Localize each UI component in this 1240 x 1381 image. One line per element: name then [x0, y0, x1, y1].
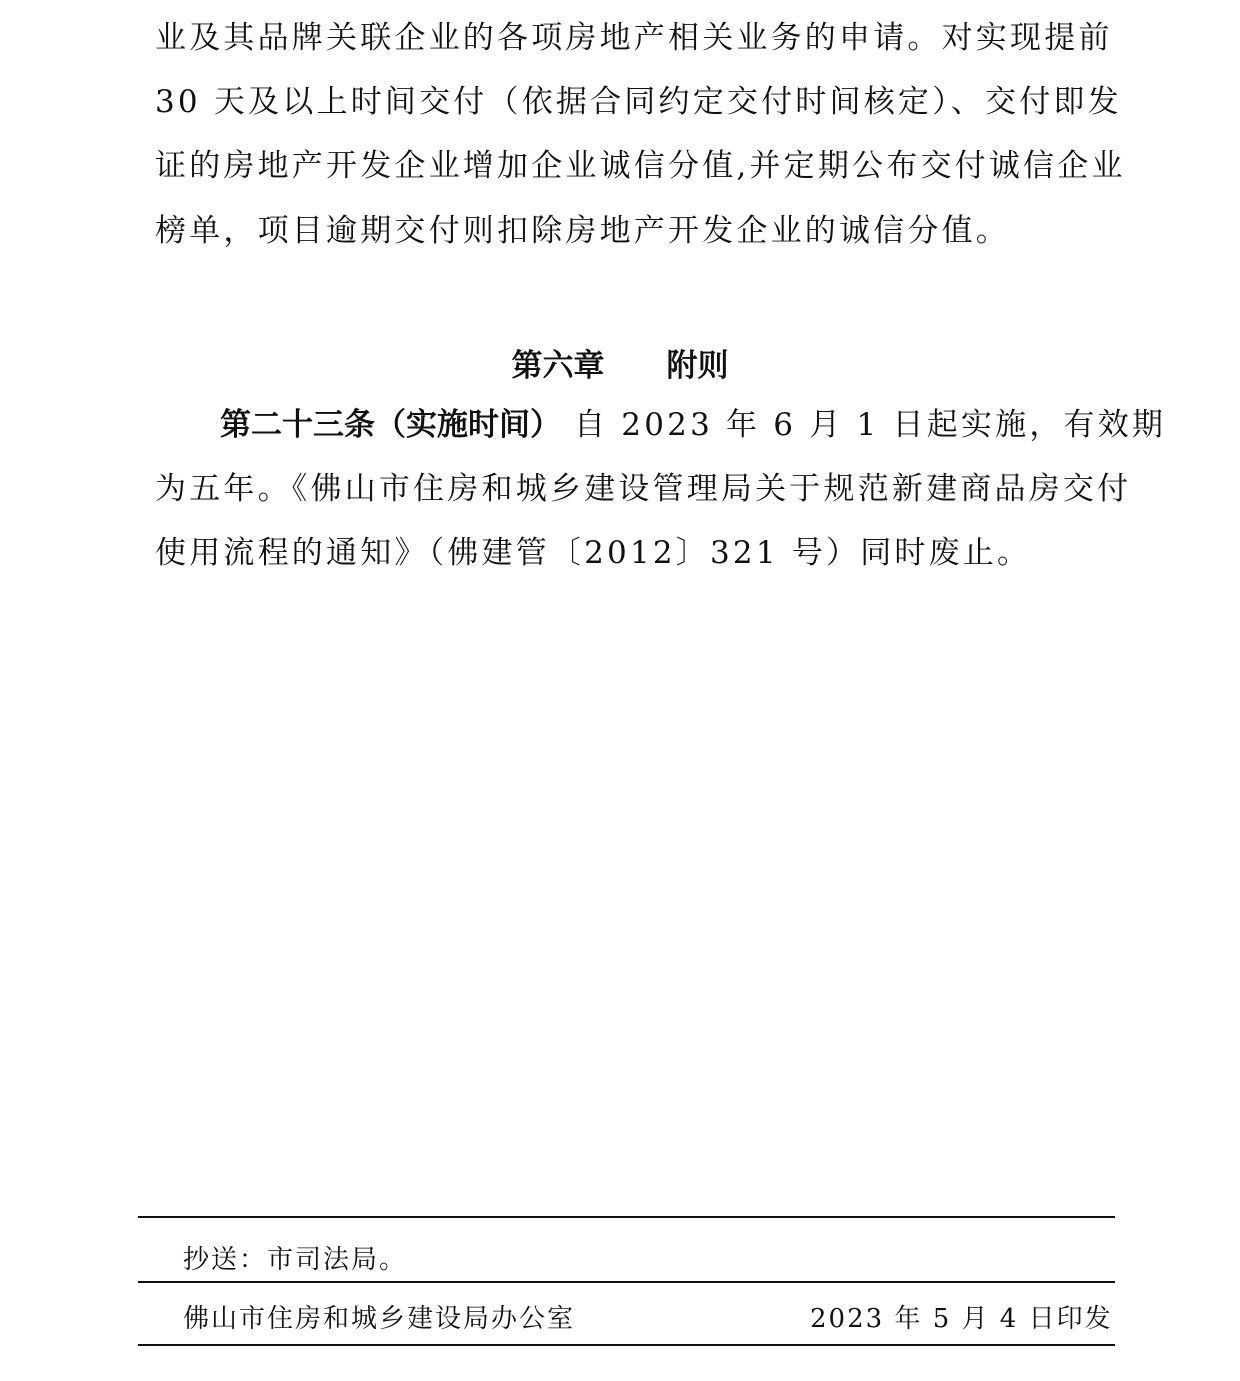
chapter-heading: 第六章附则 — [0, 340, 1240, 385]
footer-rule-top — [138, 1216, 1115, 1218]
chapter-title: 附则 — [667, 348, 729, 384]
paragraph-line: 为五年。《佛山市住房和城乡建设管理局关于规范新建商品房交付 — [155, 469, 1090, 509]
paragraph-line: 证的房地产开发企业增加企业诚信分值,并定期公布交付诚信企业 — [155, 146, 1090, 186]
paragraph-line: 业及其品牌关联企业的各项房地产相关业务的申请。对实现提前 — [155, 18, 1090, 58]
issuer-name: 佛山市住房和城乡建设局办公室 — [183, 1302, 575, 1336]
article-text: 自 2023 年 6 月 1 日起实施，有效期 — [561, 407, 1166, 443]
article-label: 第二十三条（实施时间） — [220, 407, 561, 443]
paragraph-line: 使用流程的通知》（佛建管〔2012〕321 号）同时废止。 — [155, 533, 1090, 573]
issue-date: 2023 年 5 月 4 日印发 — [810, 1302, 1113, 1336]
article-first-line: 第二十三条（实施时间） 自 2023 年 6 月 1 日起实施，有效期 — [220, 405, 1155, 445]
cc-recipients: 抄送：市司法局。 — [183, 1243, 407, 1277]
footer-rule-bottom — [138, 1344, 1115, 1346]
paragraph-line: 30 天及以上时间交付（依据合同约定交付时间核定）、交付即发 — [155, 82, 1090, 122]
footer-rule-middle — [138, 1281, 1115, 1283]
chapter-number: 第六章 — [512, 348, 605, 384]
paragraph-line: 榜单，项目逾期交付则扣除房地产开发企业的诚信分值。 — [155, 211, 1090, 251]
